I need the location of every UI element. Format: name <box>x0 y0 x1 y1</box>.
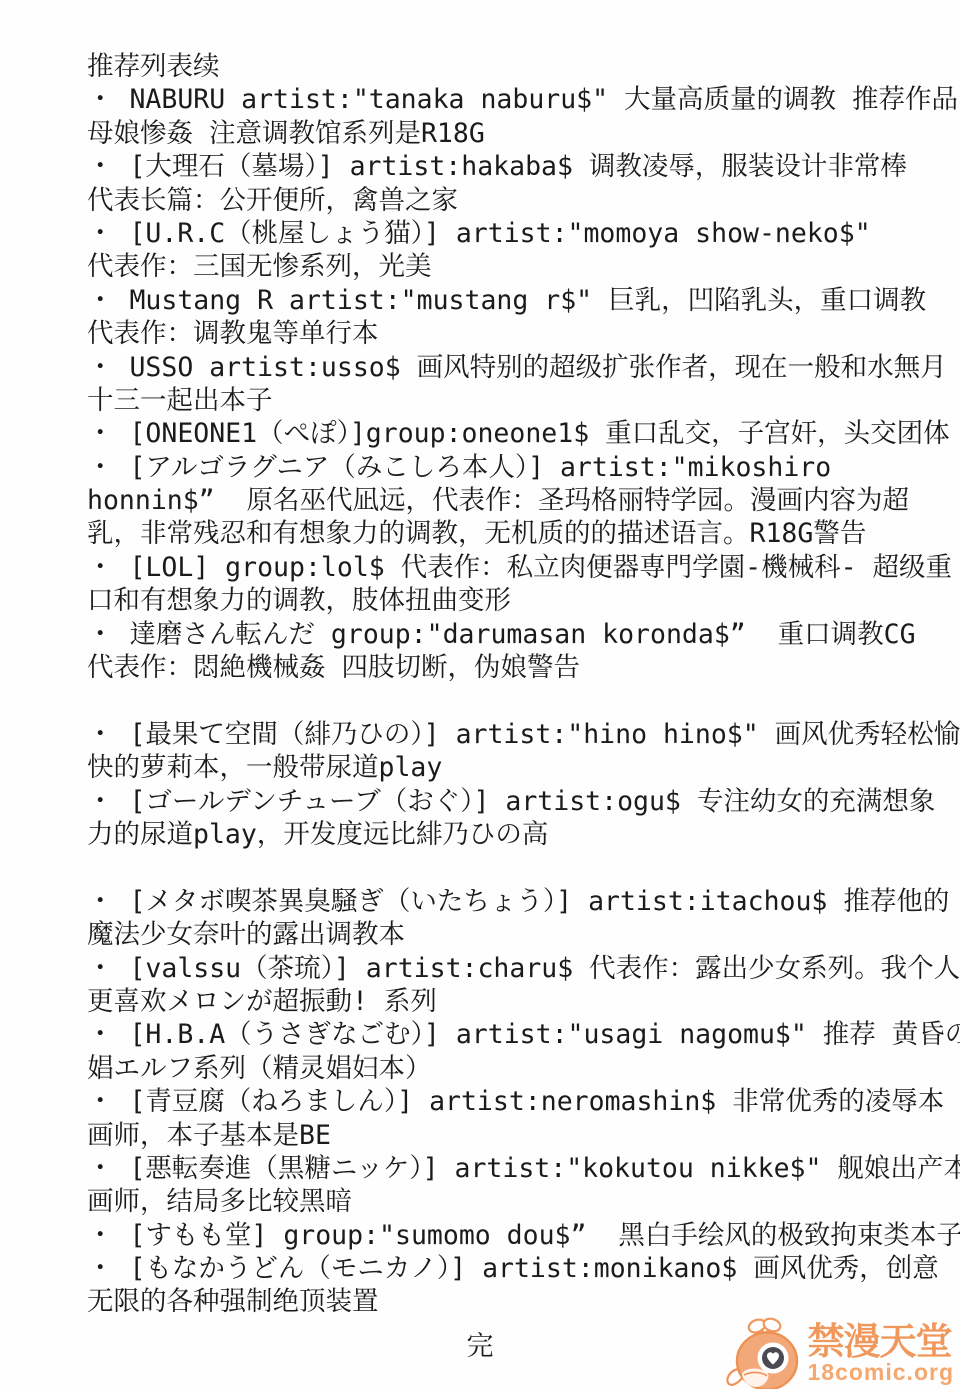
text-line <box>87 684 917 717</box>
text-line: ・ [LOL] group:lol$ 代表作：私立肉便器専門学園-機械科- 超级… <box>87 551 917 584</box>
text-line: ・ [H.B.A（うさぎなごむ）] artist:"usagi nagomu$"… <box>87 1018 917 1051</box>
text-line: 推荐列表续 <box>87 50 917 83</box>
text-line: ・ [アルゴラグニア（みこしろ本人）] artist:"mikoshiro <box>87 451 917 484</box>
text-line: 快的萝莉本，一般带尿道play <box>87 751 917 784</box>
watermark-logo: 禁漫天堂 18comic.org <box>724 1317 955 1389</box>
text-line: 娼エルフ系列（精灵娼妇本） <box>87 1052 917 1085</box>
text-line: 十三一起出本子 <box>87 384 917 417</box>
brand-text: 禁漫天堂 18comic.org <box>808 1324 955 1384</box>
text-line: ・ [悪転奏進（黒糖ニッケ）] artist:"kokutou nikke$" … <box>87 1152 917 1185</box>
text-line: 画师，本子基本是BE <box>87 1119 917 1152</box>
text-line: 魔法少女奈叶的露出调教本 <box>87 918 917 951</box>
text-line: 代表作：悶絶機械姦 四肢切断，伪娘警告 <box>87 651 917 684</box>
text-line: 代表作：三国无惨系列，光美 <box>87 250 917 283</box>
text-line: ・ [もなかうどん（モニカノ）] artist:monikano$ 画风优秀，创… <box>87 1252 917 1285</box>
text-line: ・ [すもも堂] group:"sumomo dou$” 黑白手绘风的极致拘束类… <box>87 1219 917 1252</box>
whale-mascot-icon <box>724 1317 806 1389</box>
text-line: 力的尿道play，开发度远比緋乃ひの高 <box>87 818 917 851</box>
text-line: ・ NABURU artist:"tanaka naburu$" 大量高质量的调… <box>87 83 917 116</box>
text-line: ・ [valssu（茶琉）] artist:charu$ 代表作：露出少女系列。… <box>87 952 917 985</box>
text-line <box>87 851 917 884</box>
text-line: 乳，非常残忍和有想象力的调教，无机质的的描述语言。R18G警告 <box>87 517 917 550</box>
text-line: ・ [U.R.C（桃屋しょう猫）] artist:"momoya show-ne… <box>87 217 917 250</box>
scanned-document-page: 推荐列表续・ NABURU artist:"tanaka naburu$" 大量… <box>0 0 960 1389</box>
text-line: honnin$” 原名巫代凪远，代表作：圣玛格丽特学园。漫画内容为超 <box>87 484 917 517</box>
text-line: 无限的各种强制绝顶装置 <box>87 1285 917 1318</box>
text-line: ・ Mustang R artist:"mustang r$" 巨乳，凹陷乳头，… <box>87 284 917 317</box>
text-line: ・ [ゴールデンチューブ（おぐ）] artist:ogu$ 专注幼女的充满想象 <box>87 785 917 818</box>
text-line: ・ 達磨さん転んだ group:"darumasan koronda$” 重口调… <box>87 618 917 651</box>
text-line: 口和有想象力的调教，肢体扭曲变形 <box>87 584 917 617</box>
text-line: 代表长篇：公开便所，禽兽之家 <box>87 184 917 217</box>
text-line: ・ [大理石（墓場）] artist:hakaba$ 调教凌辱，服装设计非常棒 <box>87 150 917 183</box>
text-line: 更喜欢メロンが超振動! 系列 <box>87 985 917 1018</box>
site-name: 禁漫天堂 <box>808 1324 952 1360</box>
text-line: ・ [最果て空間（緋乃ひの）] artist:"hino hino$" 画风优秀… <box>87 718 917 751</box>
text-line: ・ [青豆腐（ねろましん）] artist:neromashin$ 非常优秀的凌… <box>87 1085 917 1118</box>
text-line: ・ USSO artist:usso$ 画风特别的超级扩张作者，现在一般和水無月 <box>87 351 917 384</box>
text-line: 代表作：调教鬼等单行本 <box>87 317 917 350</box>
site-url: 18comic.org <box>808 1360 955 1384</box>
document-text: 推荐列表续・ NABURU artist:"tanaka naburu$" 大量… <box>87 50 917 1319</box>
text-line: 画师，结局多比较黑暗 <box>87 1185 917 1218</box>
text-line: ・ [ONEONE1（ぺぽ）]group:oneone1$ 重口乱交，子宫奸，头… <box>87 417 917 450</box>
text-line: ・ [メタボ喫茶異臭騒ぎ（いたちょう）] artist:itachou$ 推荐他… <box>87 885 917 918</box>
text-line: 母娘惨姦 注意调教馆系列是R18G <box>87 117 917 150</box>
